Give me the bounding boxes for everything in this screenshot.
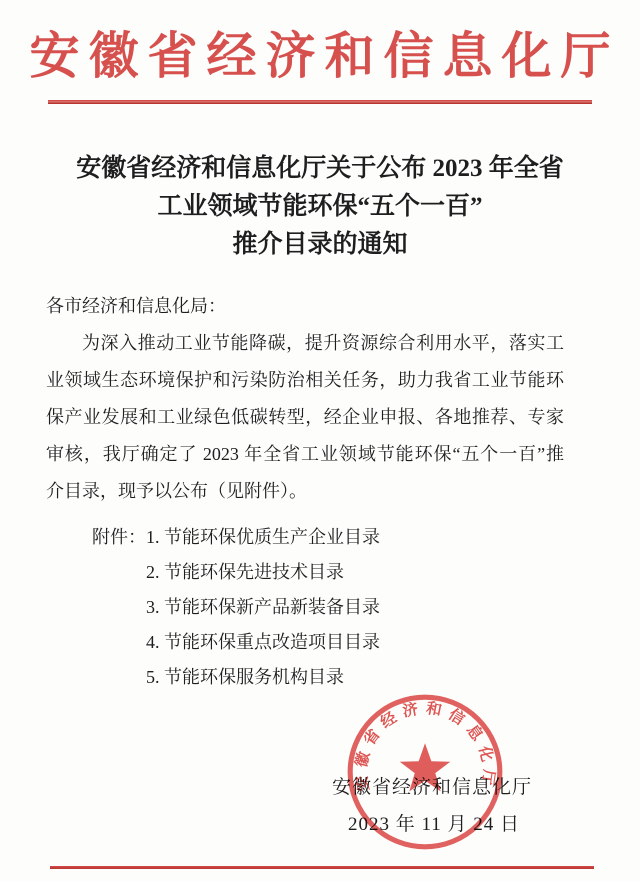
document-title: 安徽省经济和信息化厅关于公布 2023 年全省 工业领域节能环保“五个一百” 推… bbox=[0, 150, 640, 264]
title-line: 工业领域节能环保“五个一百” bbox=[0, 188, 640, 226]
title-line: 推介目录的通知 bbox=[0, 226, 640, 264]
attachment-item: 1. 节能环保优质生产企业目录 bbox=[146, 520, 380, 555]
document-body: 各市经济和信息化局： 为深入推动工业节能降碳，提升资源综合利用水平，落实工 业领… bbox=[46, 288, 564, 510]
paragraph-line: 介目录，现予以公布（见附件）。 bbox=[46, 473, 564, 510]
attachments-list: 1. 节能环保优质生产企业目录 2. 节能环保先进技术目录 3. 节能环保新产品… bbox=[146, 520, 380, 695]
paragraph-line: 审核，我厅确定了 2023 年全省工业领域节能环保“五个一百”推 bbox=[46, 436, 564, 473]
attachments-section: 附件： 1. 节能环保优质生产企业目录 2. 节能环保先进技术目录 3. 节能环… bbox=[92, 520, 640, 695]
signature-agency: 安徽省经济和信息化厅 bbox=[332, 772, 532, 799]
paragraph-line: 保产业发展和工业绿色低碳转型，经企业申报、各地推荐、专家 bbox=[46, 399, 564, 436]
letterhead-rule bbox=[48, 100, 592, 104]
document-page: 安徽省经济和信息化厅 安徽省经济和信息化厅关于公布 2023 年全省 工业领域节… bbox=[0, 0, 640, 881]
attachment-item: 3. 节能环保新产品新装备目录 bbox=[146, 590, 380, 625]
attachment-item: 5. 节能环保服务机构目录 bbox=[146, 660, 380, 695]
attachment-item: 4. 节能环保重点改造项目目录 bbox=[146, 625, 380, 660]
footer-rule bbox=[50, 866, 594, 869]
attachment-item: 2. 节能环保先进技术目录 bbox=[146, 555, 380, 590]
paragraph-line: 为深入推动工业节能降碳，提升资源综合利用水平，落实工 bbox=[46, 325, 564, 362]
salutation: 各市经济和信息化局： bbox=[46, 288, 564, 325]
attachments-label: 附件： bbox=[92, 520, 146, 695]
body-paragraph: 为深入推动工业节能降碳，提升资源综合利用水平，落实工 业领域生态环境保护和污染防… bbox=[46, 325, 564, 510]
letterhead-agency-name: 安徽省经济和信息化厅 bbox=[0, 0, 640, 90]
paragraph-line: 业领域生态环境保护和污染防治相关任务，助力我省工业节能环 bbox=[46, 362, 564, 399]
title-line: 安徽省经济和信息化厅关于公布 2023 年全省 bbox=[0, 150, 640, 188]
signature-date: 2023 年 11 月 24 日 bbox=[348, 809, 520, 836]
